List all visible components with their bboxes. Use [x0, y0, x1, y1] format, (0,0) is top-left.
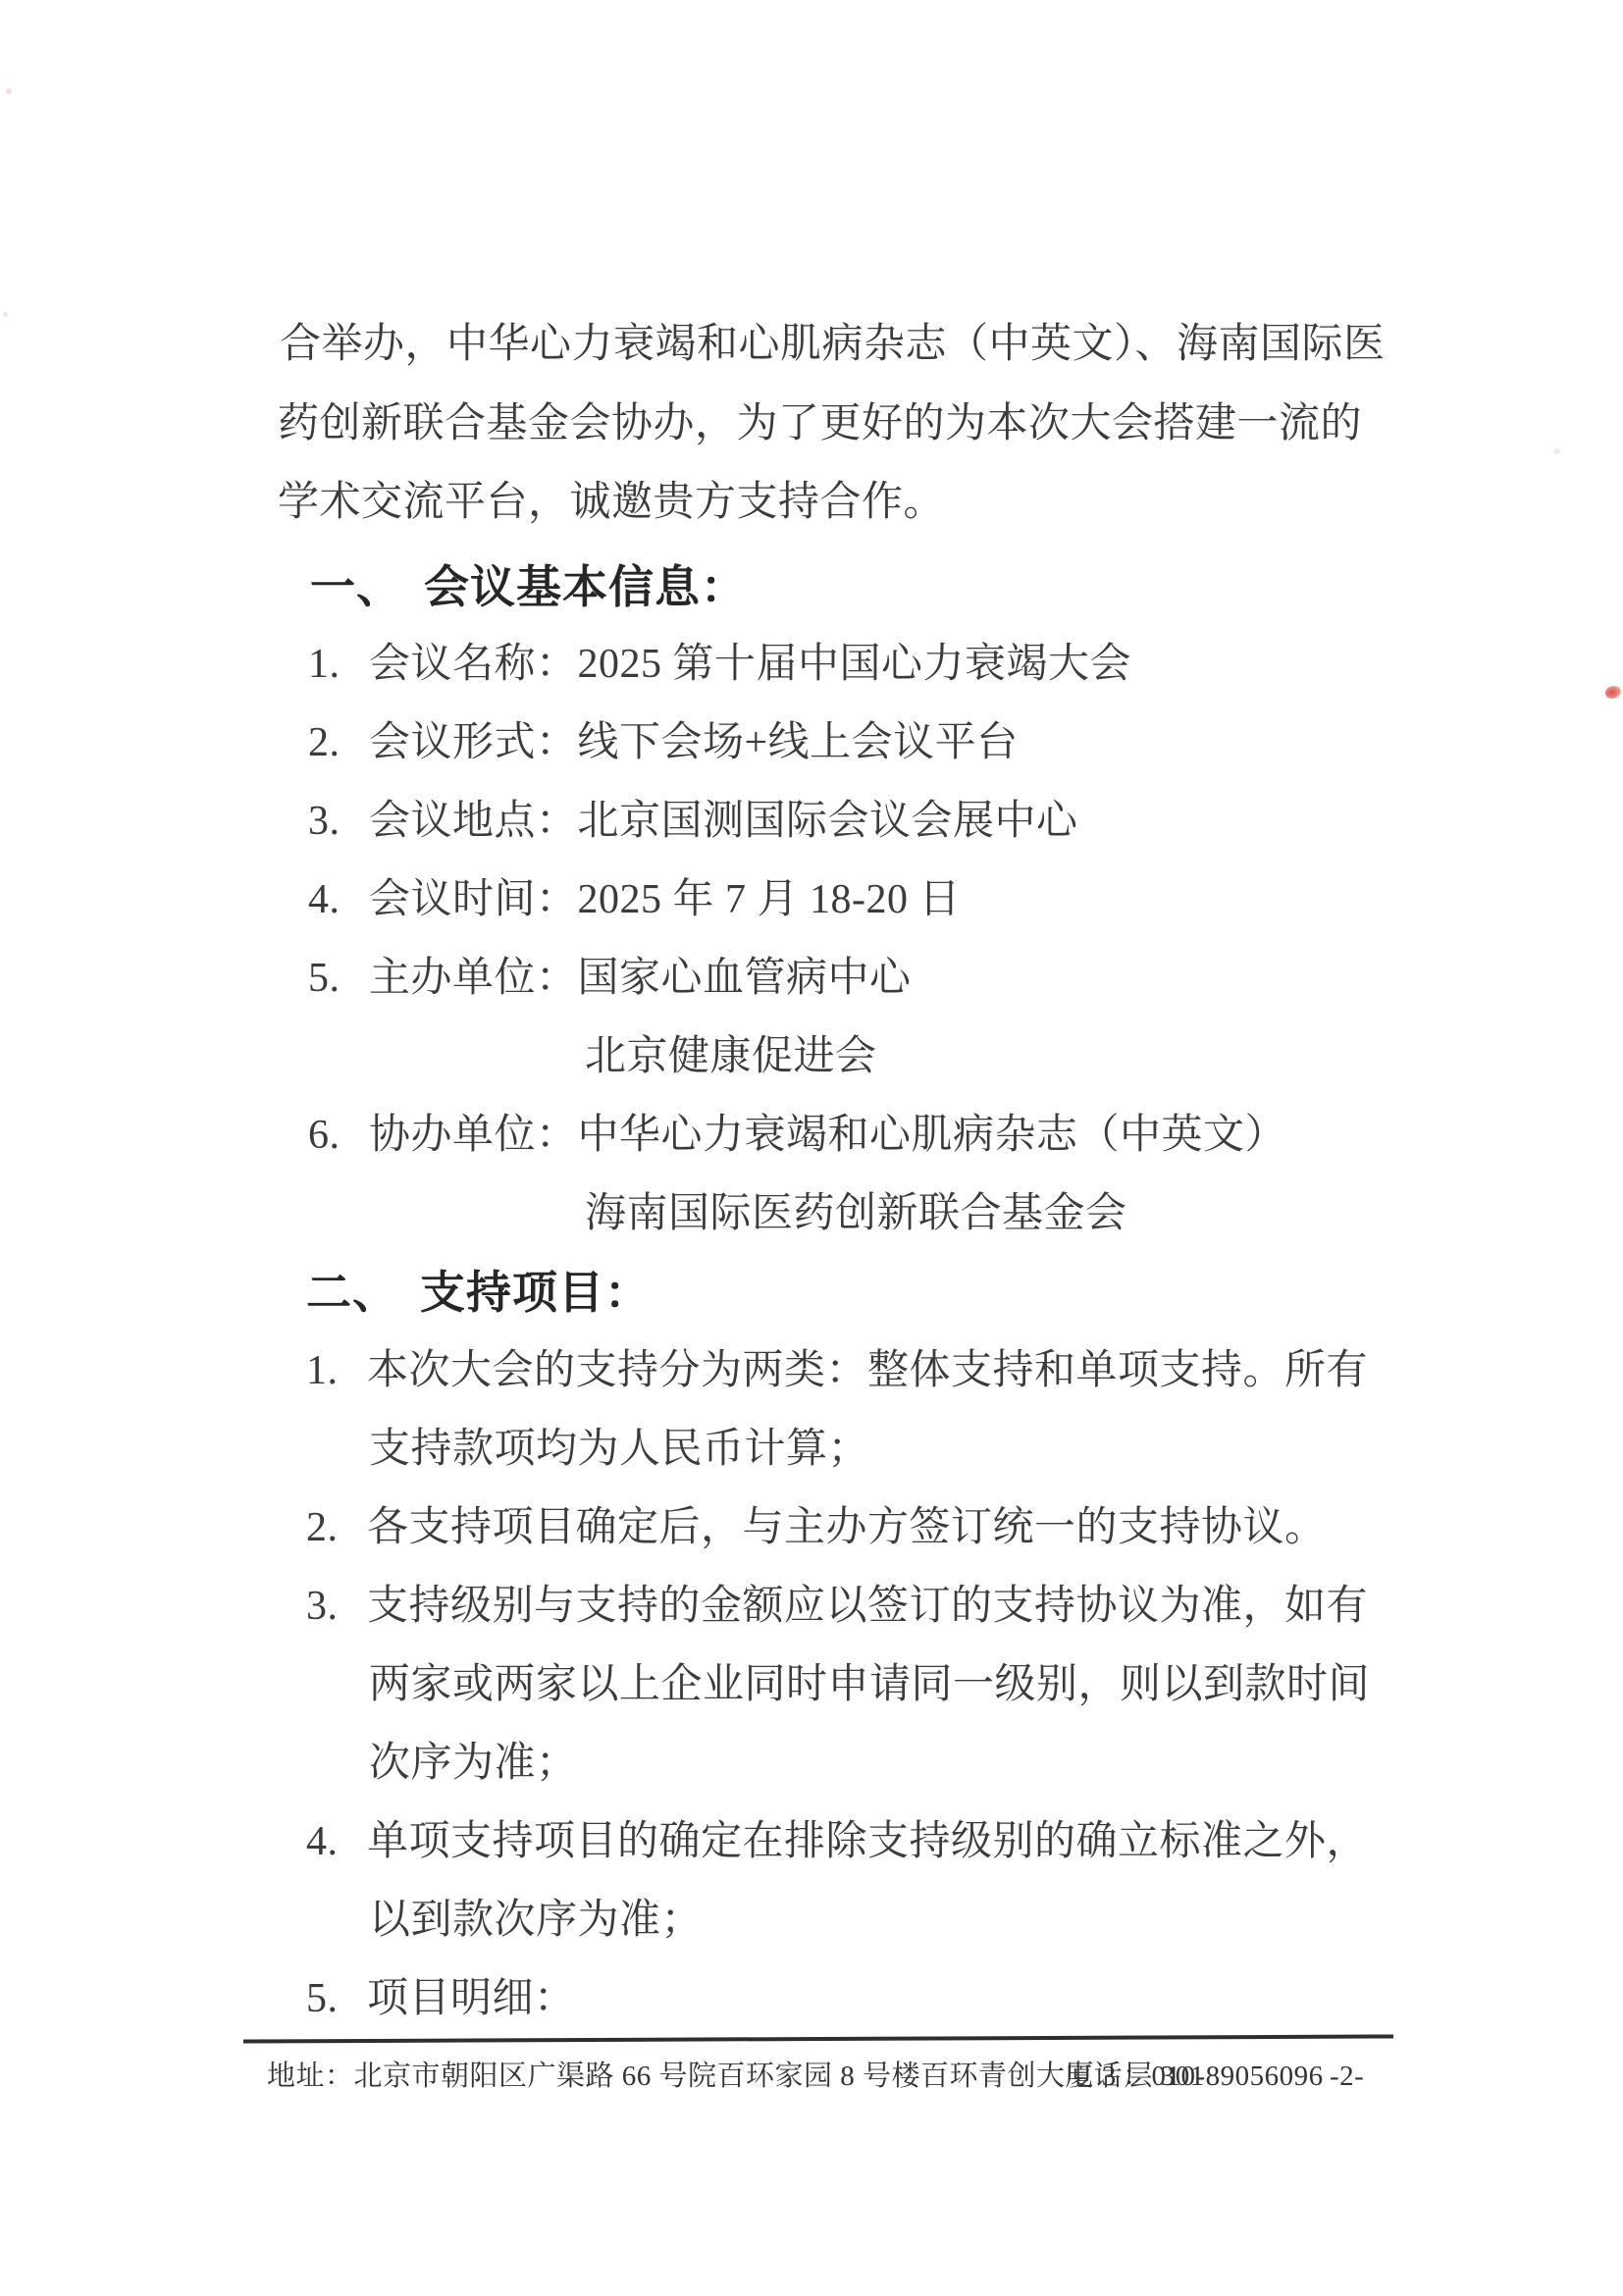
section-2-title: 支持项目： — [420, 1267, 651, 1318]
item-text: 支持级别与支持的金额应以签订的支持协议为准，如有 — [367, 1584, 1368, 1629]
list-item: 1.会议名称：2025 第十届中国心力衰竭大会 — [308, 640, 1131, 689]
footer-phone: 电话：010-89056096 — [1065, 2059, 1324, 2094]
item-continuation: 海南国际医药创新联合基金会 — [585, 1189, 1127, 1238]
footer-divider — [243, 2034, 1393, 2043]
item-number: 5. — [308, 954, 369, 1003]
item-continuation: 以到款次序为准； — [369, 1896, 703, 1945]
intro-paragraph-line: 合举办，中华心力衰竭和心肌病杂志（中英文）、海南国际医 — [280, 320, 1386, 369]
item-continuation: 北京健康促进会 — [585, 1032, 877, 1081]
item-text: 协办单位：中华心力衰竭和心肌病杂志（中英文） — [369, 1113, 1286, 1158]
list-item: 6.协办单位：中华心力衰竭和心肌病杂志（中英文） — [308, 1111, 1286, 1160]
scan-speck — [3, 312, 8, 317]
list-item: 4.会议时间：2025 年 7 月 18-20 日 — [308, 875, 961, 924]
item-text: 会议形式：线下会场+线上会议平台 — [369, 720, 1019, 765]
list-item: 2.会议形式：线下会场+线上会议平台 — [308, 718, 1019, 767]
page-number: -2- — [1330, 2059, 1364, 2094]
item-number: 4. — [308, 875, 369, 924]
list-item: 3.支持级别与支持的金额应以签订的支持协议为准，如有 — [306, 1582, 1368, 1631]
scan-speck — [1553, 448, 1560, 454]
item-continuation: 支持款项均为人民币计算； — [369, 1425, 869, 1474]
list-item: 1.本次大会的支持分为两类：整体支持和单项支持。所有 — [306, 1346, 1368, 1395]
item-text: 会议时间：2025 年 7 月 18-20 日 — [369, 877, 961, 922]
item-number: 5. — [306, 1974, 367, 2023]
item-number: 1. — [308, 640, 369, 689]
list-item: 5.主办单位：国家心血管病中心 — [308, 954, 912, 1003]
item-text: 主办单位：国家心血管病中心 — [369, 956, 912, 1001]
item-text: 项目明细： — [367, 1976, 576, 2021]
list-item: 4.单项支持项目的确定在排除支持级别的确立标准之外， — [306, 1817, 1368, 1866]
item-text: 本次大会的支持分为两类：整体支持和单项支持。所有 — [367, 1348, 1368, 1393]
intro-paragraph-line: 药创新联合基金会协办，为了更好的为本次大会搭建一流的 — [278, 399, 1362, 448]
section-1-marker: 一、 — [310, 561, 402, 612]
section-1-title: 会议基本信息： — [424, 561, 747, 612]
section-2-marker: 二、 — [306, 1267, 398, 1318]
item-number: 4. — [306, 1817, 367, 1866]
list-item: 3.会议地点：北京国测国际会议会展中心 — [308, 797, 1078, 846]
item-number: 6. — [308, 1111, 369, 1160]
item-number: 3. — [308, 797, 369, 846]
item-text: 单项支持项目的确定在排除支持级别的确立标准之外， — [367, 1819, 1368, 1864]
document-page: 合举办，中华心力衰竭和心肌病杂志（中英文）、海南国际医 药创新联合基金会协办，为… — [0, 0, 1623, 2296]
item-number: 3. — [306, 1582, 367, 1631]
item-number: 2. — [308, 718, 369, 767]
section-2-heading: 二、支持项目： — [306, 1268, 651, 1317]
scan-speck — [6, 88, 12, 94]
list-item: 2.各支持项目确定后，与主办方签订统一的支持协议。 — [306, 1503, 1327, 1552]
item-text: 会议地点：北京国测国际会议会展中心 — [369, 799, 1078, 844]
item-continuation: 两家或两家以上企业同时申请同一级别，则以到款时间 — [369, 1660, 1370, 1709]
list-item: 5.项目明细： — [306, 1974, 576, 2023]
section-1-heading: 一、会议基本信息： — [310, 562, 747, 611]
item-text: 各支持项目确定后，与主办方签订统一的支持协议。 — [367, 1505, 1327, 1550]
intro-paragraph-line: 学术交流平台，诚邀贵方支持合作。 — [278, 478, 945, 527]
red-ink-speck — [1604, 684, 1623, 701]
item-number: 2. — [306, 1503, 367, 1552]
item-number: 1. — [306, 1346, 367, 1395]
item-continuation: 次序为准； — [369, 1739, 578, 1788]
item-text: 会议名称：2025 第十届中国心力衰竭大会 — [369, 642, 1131, 687]
